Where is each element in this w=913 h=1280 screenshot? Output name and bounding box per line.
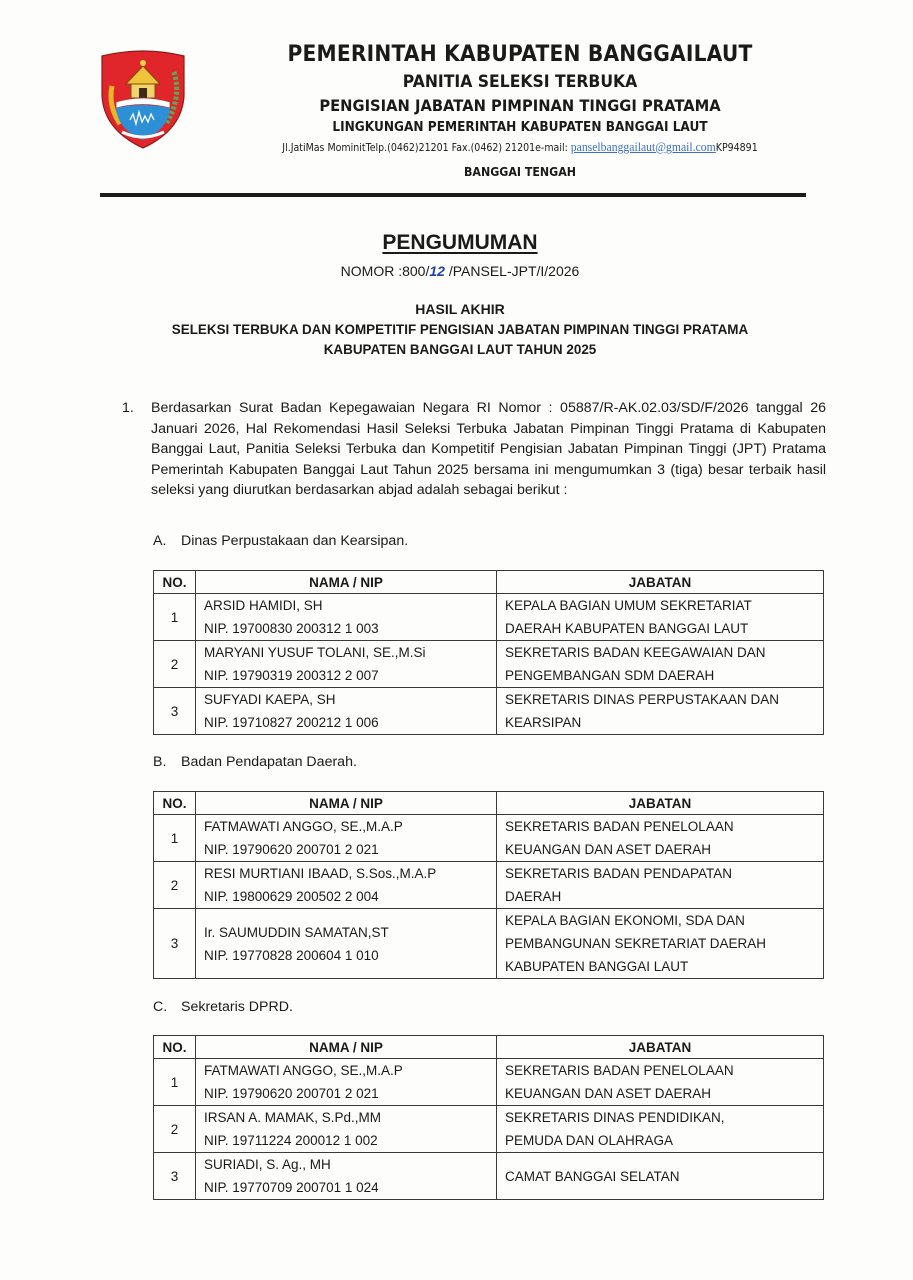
letterhead-city: BANGGAI TENGAH: [226, 163, 815, 181]
candidate-name: ARSID HAMIDI, SH: [204, 594, 488, 617]
position-line: SEKRETARIS DINAS PENDIDIKAN,: [505, 1106, 815, 1129]
table-row: 2MARYANI YUSUF TOLANI, SE.,M.SiNIP. 1979…: [154, 641, 824, 688]
table-row: 3SUFYADI KAEPA, SHNIP. 19710827 200212 1…: [154, 688, 824, 735]
table-row: 2IRSAN A. MAMAK, S.Pd.,MMNIP. 19711224 2…: [154, 1106, 824, 1153]
column-header-no: NO.: [154, 792, 196, 815]
cell-name-nip: FATMAWATI ANGGO, SE.,M.A.PNIP. 19790620 …: [196, 815, 497, 862]
column-header-nama: NAMA / NIP: [196, 1036, 497, 1059]
position-line: PENGEMBANGAN SDM DAERAH: [505, 664, 815, 687]
position-line: SEKRETARIS BADAN PENELOLAAN: [505, 1059, 815, 1082]
candidate-name: FATMAWATI ANGGO, SE.,M.A.P: [204, 1059, 488, 1082]
candidate-nip: NIP. 19711224 200012 1 002: [204, 1129, 488, 1152]
section-label: B.Badan Pendapatan Daerah.: [153, 752, 357, 772]
cell-number: 1: [154, 1059, 196, 1106]
candidates-table: NO.NAMA / NIPJABATAN1ARSID HAMIDI, SHNIP…: [153, 570, 824, 735]
cell-number: 3: [154, 909, 196, 979]
position-line: DAERAH: [505, 885, 815, 908]
candidate-nip: NIP. 19790620 200701 2 021: [204, 838, 488, 861]
section-label: A.Dinas Perpustakaan dan Kearsipan.: [153, 531, 408, 551]
announcement-header: PENGUMUMAN NOMOR :800/12 /PANSEL-JPT/I/2…: [100, 230, 820, 359]
cell-number: 3: [154, 688, 196, 735]
position-line: KEPALA BAGIAN EKONOMI, SDA DAN: [505, 909, 815, 932]
position-line: SEKRETARIS BADAN PENELOLAAN: [505, 815, 815, 838]
cell-position: SEKRETARIS DINAS PERPUSTAKAAN DANKEARSIP…: [497, 688, 824, 735]
cell-number: 2: [154, 1106, 196, 1153]
number-prefix: NOMOR :800/: [341, 263, 430, 279]
letterhead-government: PEMERINTAH KABUPATEN BANGGAILAUT: [226, 40, 815, 70]
cell-position: SEKRETARIS BADAN PENDAPATANDAERAH: [497, 862, 824, 909]
table-row: 1ARSID HAMIDI, SHNIP. 19700830 200312 1 …: [154, 594, 824, 641]
cell-number: 2: [154, 641, 196, 688]
coat-of-arms-logo-icon: [98, 46, 188, 150]
letterhead-purpose: PENGISIAN JABATAN PIMPINAN TINGGI PRATAM…: [226, 94, 815, 117]
cell-number: 3: [154, 1153, 196, 1200]
candidate-nip: NIP. 19710827 200212 1 006: [204, 711, 488, 734]
cell-name-nip: SURIADI, S. Ag., MHNIP. 19770709 200701 …: [196, 1153, 497, 1200]
candidate-nip: NIP. 19700830 200312 1 003: [204, 617, 488, 640]
position-line: PEMBANGUNAN SEKRETARIAT DAERAH: [505, 932, 815, 955]
section-title: Sekretaris DPRD.: [181, 999, 293, 1015]
column-header-no: NO.: [154, 1036, 196, 1059]
letterhead-scope: LINGKUNGAN PEMERINTAH KABUPATEN BANGGAI …: [232, 117, 808, 138]
postal-code: KP94891: [716, 142, 758, 154]
column-header-nama: NAMA / NIP: [196, 792, 497, 815]
candidates-table: NO.NAMA / NIPJABATAN1FATMAWATI ANGGO, SE…: [153, 1035, 824, 1200]
position-line: KEARSIPAN: [505, 711, 815, 734]
candidate-nip: NIP. 19770709 200701 1 024: [204, 1176, 488, 1199]
candidate-name: IRSAN A. MAMAK, S.Pd.,MM: [204, 1106, 488, 1129]
cell-name-nip: SUFYADI KAEPA, SHNIP. 19710827 200212 1 …: [196, 688, 497, 735]
section-letter: B.: [153, 752, 181, 772]
cell-name-nip: MARYANI YUSUF TOLANI, SE.,M.SiNIP. 19790…: [196, 641, 497, 688]
column-header-jabatan: JABATAN: [497, 792, 824, 815]
column-header-jabatan: JABATAN: [497, 1036, 824, 1059]
candidates-table: NO.NAMA / NIPJABATAN1FATMAWATI ANGGO, SE…: [153, 791, 824, 979]
cell-position: SEKRETARIS BADAN PENELOLAANKEUANGAN DAN …: [497, 815, 824, 862]
position-line: CAMAT BANGGAI SELATAN: [505, 1165, 815, 1188]
column-header-no: NO.: [154, 571, 196, 594]
column-header-nama: NAMA / NIP: [196, 571, 497, 594]
candidate-name: RESI MURTIANI IBAAD, S.Sos.,M.A.P: [204, 862, 488, 885]
paragraph-text: Berdasarkan Surat Badan Kepegawaian Nega…: [151, 398, 826, 501]
table-row: 3SURIADI, S. Ag., MHNIP. 19770709 200701…: [154, 1153, 824, 1200]
position-line: SEKRETARIS BADAN KEEGAWAIAN DAN: [505, 641, 815, 664]
position-line: KABUPATEN BANGGAI LAUT: [505, 955, 815, 978]
table-header-row: NO.NAMA / NIPJABATAN: [154, 571, 824, 594]
section-title: Dinas Perpustakaan dan Kearsipan.: [181, 533, 408, 549]
table-header-row: NO.NAMA / NIPJABATAN: [154, 1036, 824, 1059]
cell-position: CAMAT BANGGAI SELATAN: [497, 1153, 824, 1200]
letterhead: PEMERINTAH KABUPATEN BANGGAILAUT PANITIA…: [200, 40, 840, 181]
cell-number: 1: [154, 594, 196, 641]
cell-position: SEKRETARIS BADAN KEEGAWAIAN DANPENGEMBAN…: [497, 641, 824, 688]
letterhead-divider: [100, 193, 806, 197]
position-line: KEUANGAN DAN ASET DAERAH: [505, 838, 815, 861]
cell-number: 2: [154, 862, 196, 909]
cell-name-nip: ARSID HAMIDI, SHNIP. 19700830 200312 1 0…: [196, 594, 497, 641]
candidate-name: SURIADI, S. Ag., MH: [204, 1153, 488, 1176]
table-header-row: NO.NAMA / NIPJABATAN: [154, 792, 824, 815]
candidate-name: SUFYADI KAEPA, SH: [204, 688, 488, 711]
position-line: KEUANGAN DAN ASET DAERAH: [505, 1082, 815, 1105]
announcement-title: PENGUMUMAN: [100, 230, 820, 256]
candidate-name: Ir. SAUMUDDIN SAMATAN,ST: [204, 921, 488, 944]
section-title: Badan Pendapatan Daerah.: [181, 754, 357, 770]
number-suffix: /PANSEL-JPT/I/2026: [445, 263, 579, 279]
candidate-nip: NIP. 19790620 200701 2 021: [204, 1082, 488, 1105]
candidate-name: FATMAWATI ANGGO, SE.,M.A.P: [204, 815, 488, 838]
cell-position: SEKRETARIS DINAS PENDIDIKAN,PEMUDA DAN O…: [497, 1106, 824, 1153]
letterhead-address: Jl.JatiMas MominitTelp.(0462)21201 Fax.(…: [232, 138, 808, 157]
table-row: 1FATMAWATI ANGGO, SE.,M.A.PNIP. 19790620…: [154, 815, 824, 862]
section-label: C.Sekretaris DPRD.: [153, 997, 293, 1017]
cell-name-nip: IRSAN A. MAMAK, S.Pd.,MMNIP. 19711224 20…: [196, 1106, 497, 1153]
item-number: 1.: [122, 398, 134, 419]
table-row: 1FATMAWATI ANGGO, SE.,M.A.PNIP. 19790620…: [154, 1059, 824, 1106]
position-line: PEMUDA DAN OLAHRAGA: [505, 1129, 815, 1152]
announcement-heading: HASIL AKHIR: [100, 299, 820, 319]
announcement-subtitle-1: SELEKSI TERBUKA DAN KOMPETITIF PENGISIAN…: [114, 319, 805, 339]
letterhead-committee: PANITIA SELEKSI TERBUKA: [226, 70, 815, 94]
handwritten-number: 12: [429, 263, 445, 279]
email-link[interactable]: panselbanggailaut@gmail.com: [571, 139, 716, 154]
announcement-subtitle-2: KABUPATEN BANGGAI LAUT TAHUN 2025: [114, 339, 805, 359]
cell-name-nip: Ir. SAUMUDDIN SAMATAN,STNIP. 19770828 20…: [196, 909, 497, 979]
candidate-name: MARYANI YUSUF TOLANI, SE.,M.Si: [204, 641, 488, 664]
candidate-nip: NIP. 19770828 200604 1 010: [204, 944, 488, 967]
position-line: KEPALA BAGIAN UMUM SEKRETARIAT: [505, 594, 815, 617]
candidate-nip: NIP. 19800629 200502 2 004: [204, 885, 488, 908]
section-letter: A.: [153, 531, 181, 551]
table-row: 3Ir. SAUMUDDIN SAMATAN,STNIP. 19770828 2…: [154, 909, 824, 979]
address-text: Jl.JatiMas MominitTelp.(0462)21201 Fax.(…: [282, 142, 570, 154]
position-line: SEKRETARIS DINAS PERPUSTAKAAN DAN: [505, 688, 815, 711]
cell-position: SEKRETARIS BADAN PENELOLAANKEUANGAN DAN …: [497, 1059, 824, 1106]
cell-name-nip: FATMAWATI ANGGO, SE.,M.A.PNIP. 19790620 …: [196, 1059, 497, 1106]
candidate-nip: NIP. 19790319 200312 2 007: [204, 664, 488, 687]
cell-position: KEPALA BAGIAN EKONOMI, SDA DANPEMBANGUNA…: [497, 909, 824, 979]
cell-number: 1: [154, 815, 196, 862]
section-letter: C.: [153, 997, 181, 1017]
position-line: DAERAH KABUPATEN BANGGAI LAUT: [505, 617, 815, 640]
cell-name-nip: RESI MURTIANI IBAAD, S.Sos.,M.A.PNIP. 19…: [196, 862, 497, 909]
cell-position: KEPALA BAGIAN UMUM SEKRETARIATDAERAH KAB…: [497, 594, 824, 641]
announcement-number: NOMOR :800/12 /PANSEL-JPT/I/2026: [100, 260, 820, 282]
body-paragraph: 1. Berdasarkan Surat Badan Kepegawaian N…: [122, 398, 826, 501]
table-row: 2RESI MURTIANI IBAAD, S.Sos.,M.A.PNIP. 1…: [154, 862, 824, 909]
column-header-jabatan: JABATAN: [497, 571, 824, 594]
position-line: SEKRETARIS BADAN PENDAPATAN: [505, 862, 815, 885]
document-page: PEMERINTAH KABUPATEN BANGGAILAUT PANITIA…: [0, 0, 913, 1280]
